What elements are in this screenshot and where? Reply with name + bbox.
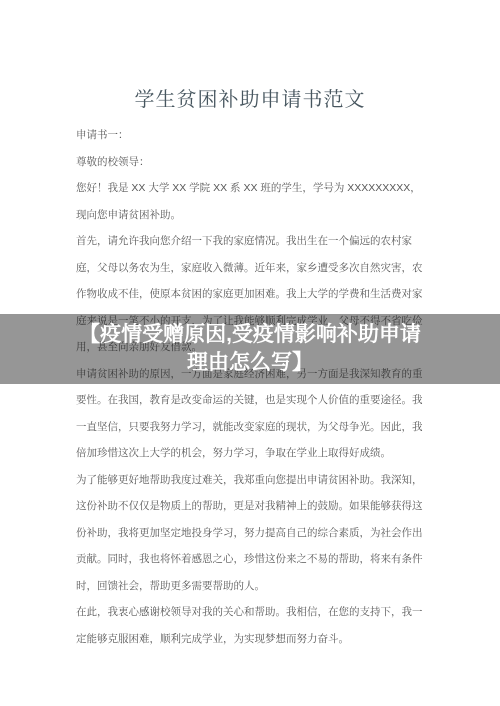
watermark-overlay-band: 【疫情受赠原因,受疫情影响补助申请 理由怎么写】 bbox=[0, 314, 500, 384]
overlay-caption-line1: 【疫情受赠原因,受疫情影响补助申请 bbox=[79, 321, 421, 349]
overlay-caption-line2: 理由怎么写】 bbox=[187, 349, 313, 377]
document-page: 学生贫困补助申请书范文 申请书一：尊敬的校领导：您好！我是 XX 大学 XX 学… bbox=[0, 0, 500, 706]
page-title: 学生贫困补助申请书范文 bbox=[0, 83, 500, 112]
paragraph: 为了能够更好地帮助我度过难关，我郑重向您提出申请贫困补助。我深知，这份补助不仅仅… bbox=[76, 467, 425, 600]
paragraph: 在此，我衷心感谢校领导对我的关心和帮助。我相信，在您的支持下，我一定能够克服困难… bbox=[76, 599, 425, 652]
document-body: 申请书一：尊敬的校领导：您好！我是 XX 大学 XX 学院 XX 系 XX 班的… bbox=[76, 122, 425, 652]
paragraph: 申请书一： bbox=[76, 122, 425, 149]
paragraph: 尊敬的校领导： bbox=[76, 149, 425, 176]
paragraph: 您好！我是 XX 大学 XX 学院 XX 系 XX 班的学生，学号为 XXXXX… bbox=[76, 175, 425, 228]
